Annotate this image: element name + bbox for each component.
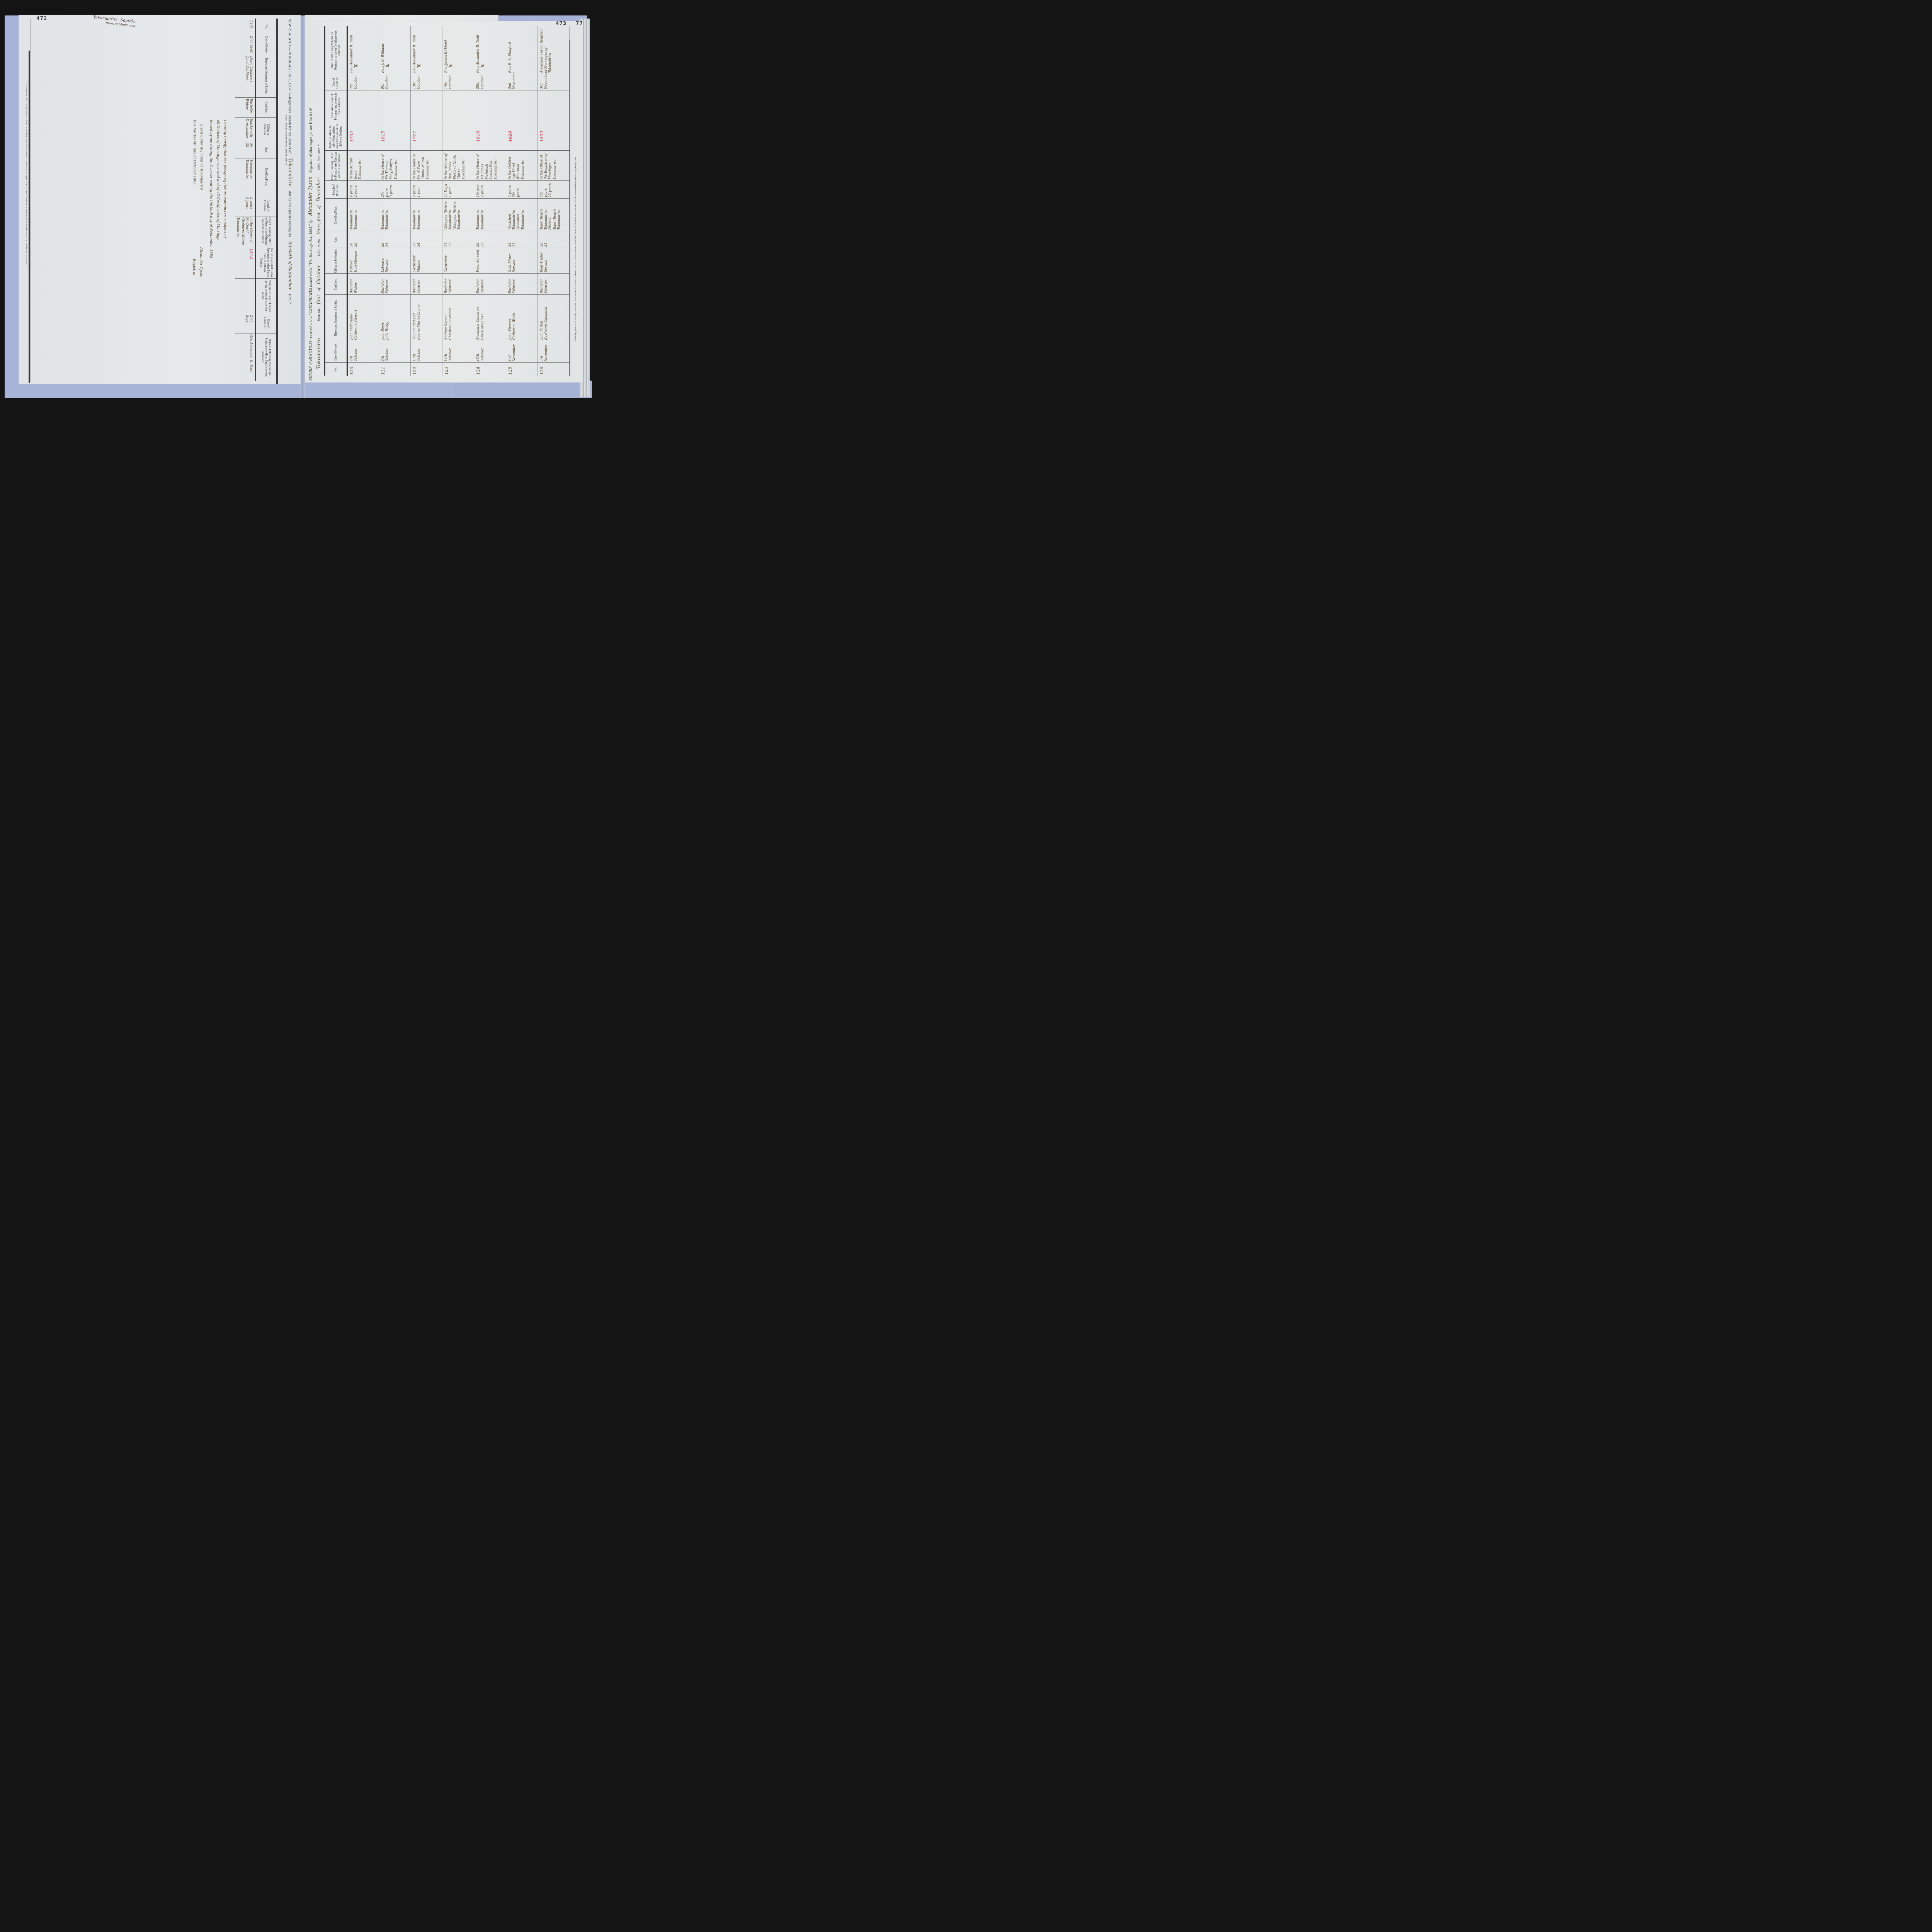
entry-consent — [410, 90, 442, 122]
left-page: 472 Tokomairiro - Sept/65 Regr. of Marri… — [19, 15, 301, 384]
col-church: Church, Building, Office, or Place, wher… — [256, 216, 276, 247]
table-row: 123 14th October Andrew CarsonChristina … — [442, 26, 474, 376]
entry-consent — [442, 90, 474, 122]
register-number: 1735 — [349, 131, 354, 142]
entry-age: 2621 — [537, 231, 569, 248]
entry-church: In the Manse of Rev. James Kirkland Nort… — [442, 151, 474, 181]
entry-district: 1820 — [506, 122, 537, 151]
title-mid: during the Quarter ending the — [287, 191, 291, 238]
entry-church: In the House of Mr David Chalmers Milton… — [235, 216, 256, 247]
page-title: NEW ZEALAND.—"MARRIAGE ACT, 1854."—Regis… — [287, 19, 294, 378]
table-row-certification: I hereby Certify that the foregoing Retu… — [31, 19, 235, 381]
entry-district: 1816 — [474, 122, 506, 151]
col-residence: Length of Residence. — [256, 196, 276, 216]
entry-consent — [506, 90, 537, 122]
title-date: thirtieth of September — [287, 241, 293, 290]
col-no: No. — [256, 19, 276, 35]
entry-calling: LabourerServant — [379, 248, 410, 274]
entry-district: 1814 — [235, 247, 256, 278]
entry-minister: Rev. Alexander B. Todd — [235, 333, 256, 381]
col-age: Age. — [325, 231, 347, 248]
entry-date-of-notice: 13th October — [410, 341, 442, 363]
entry-church: In the House of Mr Thomas Fahy, Fairfax,… — [379, 151, 410, 181]
col-district: District in which the other Party reside… — [325, 122, 347, 151]
entry-date-of-certificate: 2nd November — [506, 74, 537, 90]
entry-age: 2825 — [474, 231, 506, 248]
entry-residence: 2 years2 years — [235, 196, 256, 216]
entry-no: 120 — [347, 363, 379, 376]
entry-condition: BachelorSpinster — [506, 274, 537, 295]
entry-consent — [235, 278, 256, 314]
entry-names: David ChalmersJanet Cuthbert — [235, 55, 256, 97]
register-table: No. Date of Notice. Names and Surnames o… — [30, 19, 276, 381]
entry-no: 126 — [537, 363, 569, 376]
col-residence: Length of Residence. — [325, 181, 347, 199]
entry-date-of-certificate: 27th Sept. — [235, 314, 256, 333]
col-date-of-certificate: Date of Certificate. — [325, 74, 347, 90]
entry-district — [442, 122, 474, 151]
entry-dwelling: Waingola District TokomairiroWaingola Di… — [442, 199, 474, 231]
entry-age: 2323 — [506, 231, 537, 248]
continued-stamp: CONTINUED FROM PRECEDING PAGE — [285, 115, 287, 165]
entry-church: In the House of Mr William Clunie Milton… — [410, 151, 442, 181]
table-row: 121 9th October John BoyleJulia Healy Ba… — [379, 26, 410, 376]
entry-names: John PattonEuphemia Campbell — [537, 295, 569, 341]
entry-no: 121 — [379, 363, 410, 376]
register-number: 1814 — [249, 248, 254, 259]
register-table: No. Date of Notice. Names and Surnames o… — [325, 26, 570, 376]
table-row: 119 27th Sept. David ChalmersJanet Cuthb… — [235, 19, 256, 381]
entry-date-of-notice: 2nd November — [506, 341, 537, 363]
entry-age: 2322 — [442, 231, 474, 248]
entry-date-of-certificate: 3rd November — [537, 74, 569, 90]
entry-age: 3028 — [235, 142, 256, 158]
entry-calling: CarpenterMilliner — [410, 248, 442, 274]
title-line1: RETURN of all NOTICES received and all C… — [309, 219, 313, 381]
col-condition: Condition. — [325, 274, 347, 295]
footnote: * The Registrar is to "certify under his… — [574, 156, 577, 342]
entry-dwelling: TokomairiroTokomairiro — [410, 199, 442, 231]
title-printed: NEW ZEALAND.—"MARRIAGE ACT, 1854."—Regis… — [287, 19, 291, 153]
col-church: Church, Building, Office, or Place, wher… — [325, 151, 347, 181]
entry-no: 119 — [235, 19, 256, 35]
register-number: 1777 — [412, 131, 417, 142]
entry-church: In the Golden Age Hotel Woolshed Tokomai… — [506, 151, 537, 181]
secondary-page-number: 77 — [576, 21, 583, 27]
entry-dwelling: TokomairiroTokomairiro — [347, 199, 379, 231]
entry-names: Alexander CameronGrace McIntosh — [474, 295, 506, 341]
col-condition: Condition. — [256, 97, 276, 117]
entry-date-of-certificate: 7th October — [347, 74, 379, 90]
page-title: RETURN of all NOTICES received and all C… — [307, 25, 322, 381]
entry-date-of-certificate: 14th October — [442, 74, 474, 90]
cross-mark: X — [385, 27, 391, 73]
entry-names: John StewartCatherine Walsh — [506, 295, 537, 341]
entry-names: John McFarlaneCatherine Stewart — [347, 295, 379, 341]
entry-dwelling: TokomairiroTokomairiro — [235, 158, 256, 196]
register-number: 1829 — [539, 131, 544, 142]
table-row: 126 3rd November John PattonEuphemia Cam… — [537, 26, 569, 376]
entry-date-of-notice: 28th October — [474, 341, 506, 363]
cross-mark: X — [354, 27, 359, 73]
entry-residence: 2 years1 year — [410, 181, 442, 199]
entry-names: John BoyleJulia Healy — [379, 295, 410, 341]
register-number: 1816 — [476, 131, 481, 142]
entry-residence: 11 Days1 year — [442, 181, 474, 199]
col-consent: Name and Relation of Person giving conse… — [325, 90, 347, 122]
entry-consent — [537, 90, 569, 122]
register-table-wrap: No. Date of Notice. Names and Surnames o… — [325, 26, 570, 376]
entry-minister: Rev. R. L. Stanford — [506, 26, 537, 74]
table-row: 122 13th October William McLeodRobina Ma… — [410, 26, 442, 376]
header-row: No. Date of Notice. Names and Surnames o… — [325, 26, 347, 376]
entry-calling: Farm Servant — [474, 248, 506, 274]
entry-no: 125 — [506, 363, 537, 376]
entry-district: 1829 — [537, 122, 569, 151]
entry-condition: BachelorSpinster — [537, 274, 569, 295]
entry-date-of-notice: 9th October — [379, 341, 410, 363]
entry-date-of-certificate: 13th October — [410, 74, 442, 90]
col-calling: Calling or Profession. — [256, 117, 276, 142]
entry-minister: Rev. J. G. WilliamsX — [379, 26, 410, 74]
col-dwelling: Dwelling Place. — [256, 158, 276, 196]
entry-condition: BachelorSpinster — [410, 274, 442, 295]
entry-residence: 2¾ years3 years — [379, 181, 410, 199]
cross-mark: X — [480, 27, 486, 73]
entry-condition: BachelorSpinster — [379, 274, 410, 295]
entry-dwelling: Woolshed TokomairiroWoolshed Tokomairiro — [506, 199, 537, 231]
entry-no: 122 — [410, 363, 442, 376]
entry-minister: Rev. James KirklandX — [442, 26, 474, 74]
entry-residence: 1½ year2 years — [474, 181, 506, 199]
certification-cell: I hereby Certify that the foregoing Retu… — [31, 19, 235, 381]
entry-no: 124 — [474, 363, 506, 376]
page-number: 473 — [556, 21, 566, 27]
right-page-insert: 473 77 RETURN of all NOTICES received an… — [305, 21, 583, 383]
register-number: 1820 — [508, 131, 513, 142]
col-dwelling: Dwelling Place. — [325, 199, 347, 231]
entry-residence: 5½ years12 years — [537, 181, 569, 199]
col-date-of-certificate: Date of Certificate. — [256, 314, 276, 333]
entry-minister: Alexander Tyson, Registrar of Marriages … — [537, 26, 569, 74]
col-age: Age. — [256, 142, 276, 158]
entry-district: 1777 — [410, 122, 442, 151]
entry-condition: BachelorSpinster — [442, 274, 474, 295]
col-calling: Calling or Profession. — [325, 248, 347, 274]
col-names: Names and Surnames of Parties. — [256, 55, 276, 97]
entry-date-of-notice: 14th October — [442, 341, 474, 363]
entry-date-of-notice: 27th Sept. — [235, 35, 256, 55]
entry-date-of-certificate: 28th October — [474, 74, 506, 90]
entry-consent — [379, 90, 410, 122]
entry-names: Andrew CarsonChristina Lawrence — [442, 295, 474, 341]
entry-date-of-certificate: 9th October — [379, 74, 410, 90]
entry-condition: BachelorSpinster — [474, 274, 506, 295]
entry-dwelling: Taieri Beach Tokomairiro DistrictTaieri … — [537, 199, 569, 231]
col-date-of-notice: Date of Notice. — [256, 35, 276, 55]
entry-calling: Carpenter — [442, 248, 474, 274]
col-no: No. — [325, 363, 347, 376]
entry-calling: BlacksmithDressmaker — [235, 117, 256, 142]
entry-dwelling: TokomairiroTokomairiro — [379, 199, 410, 231]
entry-names: William McLeodRobina Martin Clunie — [410, 295, 442, 341]
col-names: Names and Surnames of Parties. — [325, 295, 347, 341]
certification-block: I hereby Certify that the foregoing Retu… — [191, 120, 228, 381]
col-minister: Name of Officiating Minister (or Registr… — [325, 26, 347, 74]
title-line1-end: Registrar of Marriages for the District … — [309, 108, 313, 173]
entry-condition: BachelorWidow — [347, 274, 379, 295]
col-district: District in which the other Party reside… — [256, 247, 276, 278]
entry-consent — [474, 90, 506, 122]
register-table-wrap: No. Date of Notice. Names and Surnames o… — [30, 19, 276, 381]
entry-condition: BachelorWidow — [235, 97, 256, 117]
entry-date-of-notice: 7th October — [347, 341, 379, 363]
col-date-of-notice: Date of Notice. — [325, 341, 347, 363]
entry-calling: FarmerHotel-Keeper — [347, 248, 379, 274]
title-district: Tokomairiro — [316, 338, 322, 369]
entry-church: In the Milton Hotel Tokomairiro — [347, 151, 379, 181]
entry-no: 123 — [442, 363, 474, 376]
table-row: 120 7th October John McFarlaneCatherine … — [347, 26, 379, 376]
title-registrar: Alexander Tyson — [308, 177, 313, 216]
title-district: Tokomairiro — [287, 158, 293, 187]
entry-age: 2524 — [410, 231, 442, 248]
entry-date-of-notice: 3rd November — [537, 341, 569, 363]
entry-residence: 4 years2½ years — [506, 181, 537, 199]
entry-calling: Boat TraderServant — [537, 248, 569, 274]
col-minister: Name of Officiating Minister (or Registr… — [256, 333, 276, 381]
entry-minister: Rev. Alexander B. ToddX — [410, 26, 442, 74]
col-consent: Name and Relation of Person giving conse… — [256, 278, 276, 314]
entry-dwelling: TokomairiroTokomairiro — [474, 199, 506, 231]
table-row: 124 28th October Alexander CameronGrace … — [474, 26, 506, 376]
entry-minister: Rev. Alexander B. ToddX — [474, 26, 506, 74]
entry-consent — [347, 90, 379, 122]
entry-calling: Gold MinerServant — [506, 248, 537, 274]
entry-age: 2824 — [379, 231, 410, 248]
book-spine — [300, 15, 305, 398]
outer-rule-left — [29, 51, 30, 383]
register-number: 1815 — [381, 131, 386, 142]
entry-district: 1735 — [347, 122, 379, 151]
entry-district: 1815 — [379, 122, 410, 151]
footnote: * The Registrar is to "certify under his… — [25, 80, 28, 266]
entry-residence: 4 years2 years — [347, 181, 379, 199]
entry-church: In the House of Mr James McIntosh Lovell… — [474, 151, 506, 181]
entry-minister: Rev. Alexander B. ToddX — [347, 26, 379, 74]
header-row: No. Date of Notice. Names and Surnames o… — [256, 19, 276, 381]
cross-mark: X — [448, 27, 454, 73]
table-row: 125 2nd November John StewartCatherine W… — [506, 26, 537, 376]
title-year: 1865.* — [287, 294, 291, 304]
entry-church: In the Office of the Registrar of Marria… — [537, 151, 569, 181]
outer-rule-title — [276, 19, 278, 384]
entry-age: 2628 — [347, 231, 379, 248]
cross-mark: X — [417, 27, 422, 73]
